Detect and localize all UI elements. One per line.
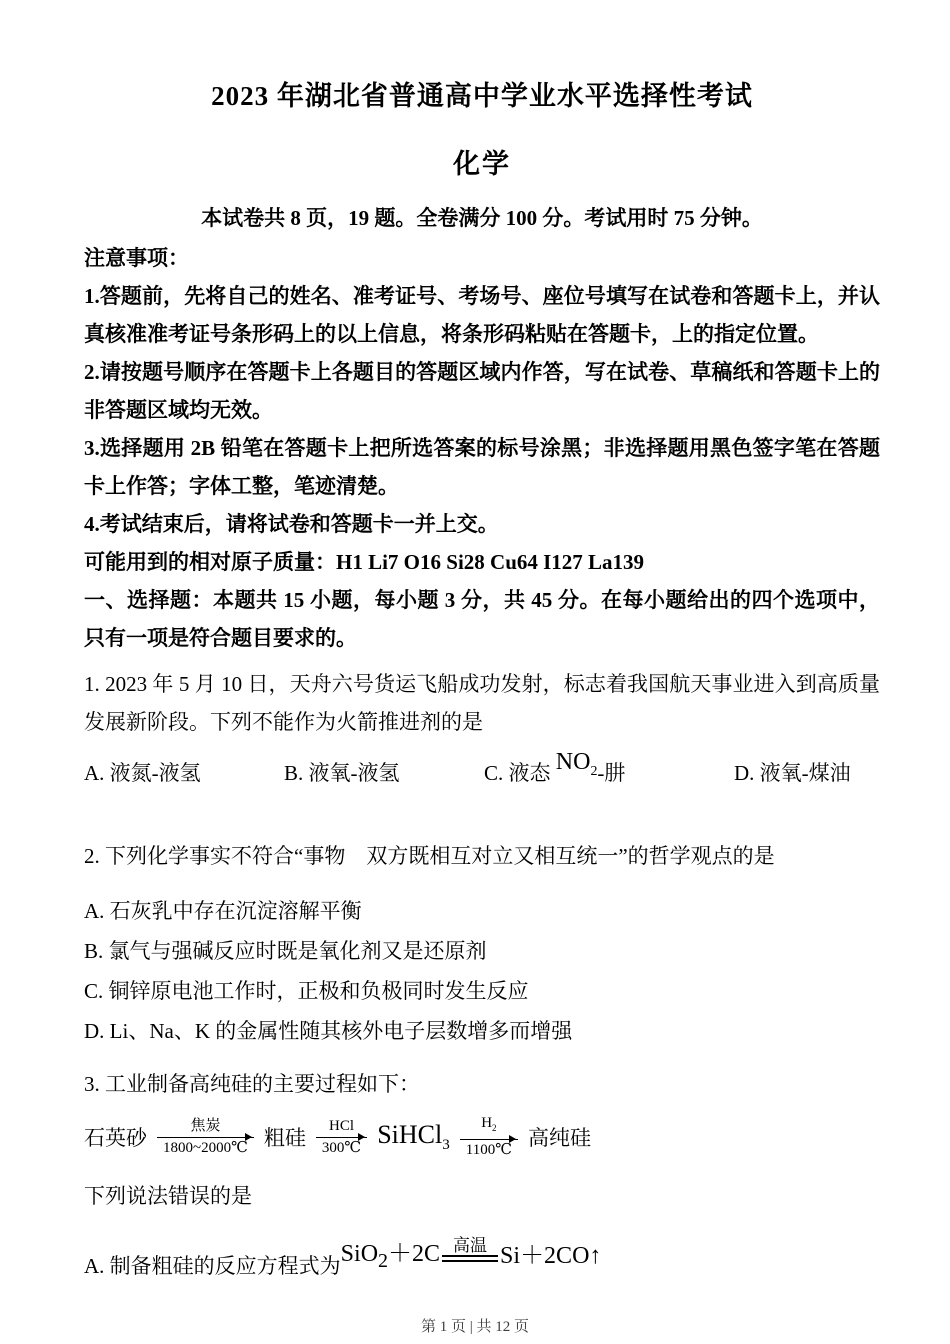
double-bond-line: [442, 1255, 498, 1262]
reaction-arrow-1: 焦炭 1800~2000℃: [157, 1118, 254, 1157]
exam-page: 2023 年湖北省普通高中学业水平选择性考试 化学 本试卷共 8 页，19 题。…: [0, 0, 950, 1344]
q1-option-c-suffix: -肼: [597, 761, 625, 785]
q3-equation: SiO2＋2C 高温 Si＋2CO↑: [341, 1233, 602, 1273]
question-1-options: A. 液氮-液氢 B. 液氧-液氢 C. 液态 NO2-肼 D. 液氧-煤油: [84, 757, 880, 811]
q1-option-b: B. 液氧-液氢: [284, 757, 484, 787]
scheme-reactant: 石英砂: [84, 1122, 147, 1152]
notice-item-4: 4.考试结束后，请将试卷和答题卡一并上交。: [84, 505, 880, 543]
reaction-arrow-3: H2 1100℃: [460, 1115, 518, 1159]
notice-section: 注意事项： 1.答题前，先将自己的姓名、准考证号、考场号、座位号填写在试卷和答题…: [84, 239, 880, 657]
q2-option-d: D. Li、Na、K 的金属性随其核外电子层数增多而增强: [84, 1011, 880, 1051]
q2-option-b: B. 氯气与强碱反应时既是氧化剂又是还原剂: [84, 931, 880, 971]
reaction-arrow-2: HCl 300℃: [316, 1118, 367, 1157]
notice-item-2: 2.请按题号顺序在答题卡上各题目的答题区域内作答，写在试卷、草稿纸和答题卡上的非…: [84, 353, 880, 429]
arrow-1-line: [157, 1137, 254, 1138]
q1-option-d: D. 液氧-煤油: [734, 757, 880, 787]
arrow-2-condition-top: HCl: [323, 1118, 360, 1135]
q1-option-c: C. 液态 NO2-肼: [484, 757, 734, 791]
equation-condition-label: 高温: [453, 1236, 487, 1255]
arrow-3-condition-bottom: 1100℃: [460, 1142, 518, 1159]
notice-item-1: 1.答题前，先将自己的姓名、准考证号、考场号、座位号填写在试卷和答题卡上，并认真…: [84, 277, 880, 353]
scheme-product: 高纯硅: [528, 1122, 591, 1152]
arrow-3-line: [460, 1139, 518, 1140]
notice-item-3: 3.选择题用 2B 铅笔在答题卡上把所选答案的标号涂黑；非选择题用黑色签字笔在答…: [84, 429, 880, 505]
arrow-1-condition-top: 焦炭: [184, 1118, 226, 1135]
q3-option-a: A. 制备粗硅的反应方程式为 SiO2＋2C 高温 Si＋2CO↑: [84, 1225, 880, 1281]
question-2-stem: 2. 下列化学事实不符合“事物 双方既相互对立又相互统一”的哲学观点的是: [84, 837, 880, 875]
question-1-stem: 1. 2023 年 5 月 10 日，天舟六号货运飞船成功发射，标志着我国航天事…: [84, 665, 880, 741]
q1-option-a: A. 液氮-液氢: [84, 757, 284, 787]
arrow-2-line: [316, 1137, 367, 1138]
section-heading: 一、选择题：本题共 15 小题，每小题 3 分，共 45 分。在每小题给出的四个…: [84, 581, 880, 657]
exam-title: 2023 年湖北省普通高中学业水平选择性考试: [84, 78, 880, 114]
page-footer: 第 1 页 | 共 12 页: [0, 1315, 950, 1336]
question-3-stem: 3. 工业制备高纯硅的主要过程如下：: [84, 1065, 880, 1103]
scheme-intermediate-1: 粗硅: [264, 1122, 306, 1152]
arrow-3-condition-top: H2: [475, 1115, 502, 1137]
atomic-masses-line: 可能用到的相对原子质量：H1 Li7 O16 Si28 Cu64 I127 La…: [84, 543, 880, 581]
equation-condition-equals: 高温: [442, 1236, 498, 1262]
equation-rhs: Si＋2CO↑: [500, 1235, 601, 1270]
exam-subject: 化学: [84, 142, 880, 181]
arrow-2-condition-bottom: 300℃: [316, 1140, 367, 1157]
page-number-label: 第 1 页 | 共 12 页: [421, 1319, 529, 1335]
q1-option-c-prefix: C. 液态: [484, 761, 551, 785]
equation-lhs-formula: SiO2＋2C: [341, 1233, 440, 1273]
notice-heading: 注意事项：: [84, 239, 880, 277]
q3-option-a-prefix: A. 制备粗硅的反应方程式为: [84, 1251, 341, 1281]
arrow-1-condition-bottom: 1800~2000℃: [157, 1140, 254, 1157]
q3-question-line: 下列说法错误的是: [84, 1177, 880, 1215]
exam-info: 本试卷共 8 页，19 题。全卷满分 100 分。考试用时 75 分钟。: [84, 203, 880, 233]
q2-option-a: A. 石灰乳中存在沉淀溶解平衡: [84, 891, 880, 931]
q1-option-c-formula: NO2: [556, 749, 598, 780]
q2-option-c: C. 铜锌原电池工作时，正极和负极同时发生反应: [84, 971, 880, 1011]
scheme-intermediate-2-formula: SiHCl3: [377, 1120, 450, 1154]
q3-reaction-scheme: 石英砂 焦炭 1800~2000℃ 粗硅 HCl 300℃ SiHCl3 H2 …: [84, 1111, 880, 1163]
